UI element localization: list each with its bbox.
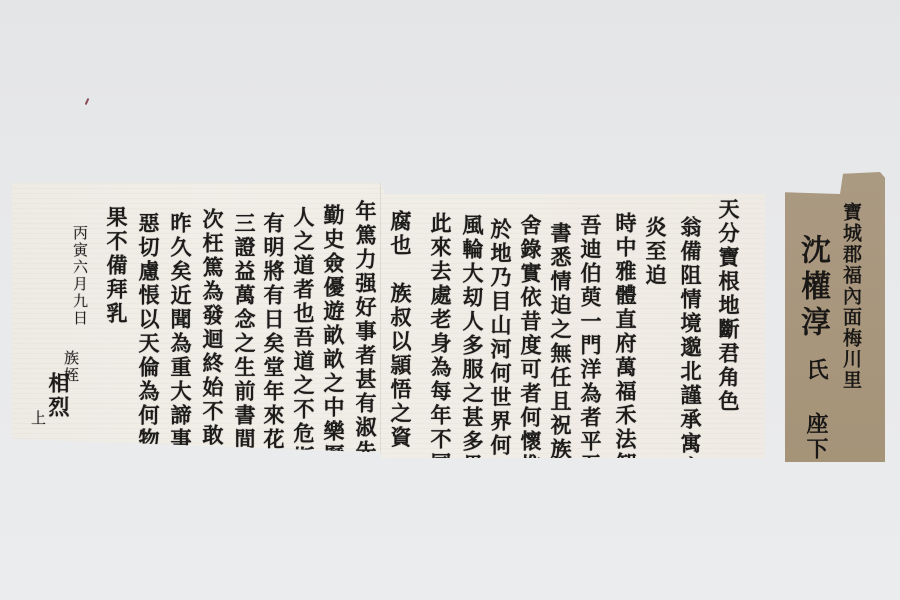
letter-column: 風輪大刧人多服之甚多畏也 — [462, 214, 483, 502]
letter-column: 惡切慮悵以天倫為何物在 — [138, 212, 159, 476]
handwritten-letter: 天分寶根地斷君角色翁備阻情境邈北謹承寓庚炎至迫時中雅體直府萬福禾法卸吾迪伯萸一門… — [12, 183, 765, 458]
envelope-honorific: 氏 座下 — [805, 358, 827, 462]
letter-column: 次枉篤為發迴終始不敢隨 — [202, 208, 223, 472]
sender-name: 相烈 — [48, 372, 69, 420]
letter-column: 時中雅體直府萬福禾法卸 — [615, 212, 636, 476]
letter-column: 年篤力强好事者甚有淑先 — [355, 200, 376, 464]
letter-column: 於地乃目山河何世界何物色 — [490, 218, 511, 506]
letter-column: 果不備拜乳 — [106, 206, 127, 326]
letter-date: 丙寅六月九日 — [72, 225, 87, 327]
letter-column: 人之道者也吾道之不危斯文 — [293, 206, 314, 494]
envelope-address: 寶城郡福內面梅川里 — [841, 202, 860, 391]
letter-column: 天分寶根地斷君角色 — [718, 198, 739, 414]
paper-seam — [380, 183, 381, 458]
ink-speck — [85, 98, 90, 105]
envelope: 寶城郡福內面梅川里 沈權淳 氏 座下 — [785, 172, 885, 462]
letter-column: 炎至迫 — [645, 216, 666, 288]
sender-closing: 上 — [30, 410, 45, 427]
envelope-recipient: 沈權淳 — [797, 234, 827, 342]
letter-column: 昨久矣近聞為重大諦事乎 — [170, 212, 191, 476]
letter-column: 腐也 族叔以頴悟之資 — [390, 210, 411, 450]
letter-column: 三證益萬念之生前書間一 — [234, 212, 255, 476]
letter-column: 翁備阻情境邈北謹承寓庚 — [680, 216, 701, 480]
letter-column: 有明將有日矣堂年來花盛 — [263, 212, 284, 476]
letter-column: 吾迪伯萸一門洋為者平吾 — [580, 214, 601, 478]
photo-scene: 天分寶根地斷君角色翁備阻情境邈北謹承寓庚炎至迫時中雅體直府萬福禾法卸吾迪伯萸一門… — [0, 0, 900, 600]
letter-column: 勤史僉優遊畝畝之中樂歷 — [323, 204, 344, 468]
letter-column: 此來去處老身為每年不同 — [430, 212, 451, 476]
letter-column: 舍錄實依昔度可者何懷惟 — [520, 214, 541, 478]
letter-column: 書悉情迫之無任且祝族姪 — [550, 222, 571, 486]
